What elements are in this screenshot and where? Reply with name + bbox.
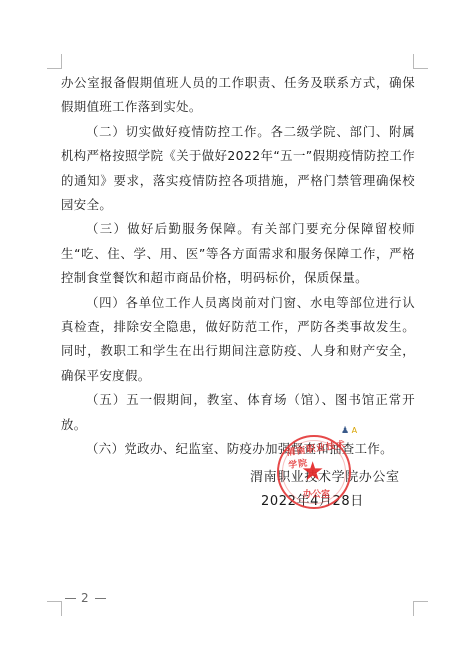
margin-corner-bottom-right	[413, 601, 428, 616]
paragraph-logistics: （三）做好后勤服务保障。有关部门要充分保障留校师生“吃、住、学、用、医”等各方面…	[61, 217, 415, 290]
signature-mark-icon: A	[352, 426, 357, 435]
page-number-dash-right	[95, 598, 106, 599]
official-seal-stamp: 渭南职业技术学院 ★ 办公室	[277, 435, 351, 509]
page-number-footer: 2	[60, 591, 111, 605]
stamp-bottom-text: 办公室	[303, 487, 330, 500]
paragraph-continuation: 办公室报备假期值班人员的工作职责、任务及联系方式，确保假期值班工作落到实处。	[61, 71, 415, 120]
document-body[interactable]: 办公室报备假期值班人员的工作职责、任务及联系方式，确保假期值班工作落到实处。 （…	[61, 71, 415, 462]
margin-corner-top-right	[413, 54, 428, 69]
page-number: 2	[81, 591, 90, 605]
digital-signature-badge[interactable]: ♟ A	[341, 426, 357, 436]
stamp-star-icon: ★	[301, 459, 324, 485]
paragraph-supervision: （六）党政办、纪监室、防疫办加强督查和抽查工作。	[61, 437, 415, 461]
paragraph-facilities-open: （五）五一假期间，教室、体育场（馆）、图书馆正常开放。	[61, 388, 415, 437]
paragraph-safety-check: （四）各单位工作人员离岗前对门窗、水电等部位进行认真检查，排除安全隐患，做好防范…	[61, 291, 415, 389]
document-page: 办公室报备假期值班人员的工作职责、任务及联系方式，确保假期值班工作落到实处。 （…	[0, 0, 473, 656]
paragraph-epidemic-control: （二）切实做好疫情防控工作。各二级学院、部门、附属机构严格按照学院《关于做好20…	[61, 120, 415, 218]
signature-pin-icon: ♟	[341, 426, 349, 436]
margin-corner-top-left	[47, 54, 62, 69]
page-number-dash-left	[65, 598, 76, 599]
